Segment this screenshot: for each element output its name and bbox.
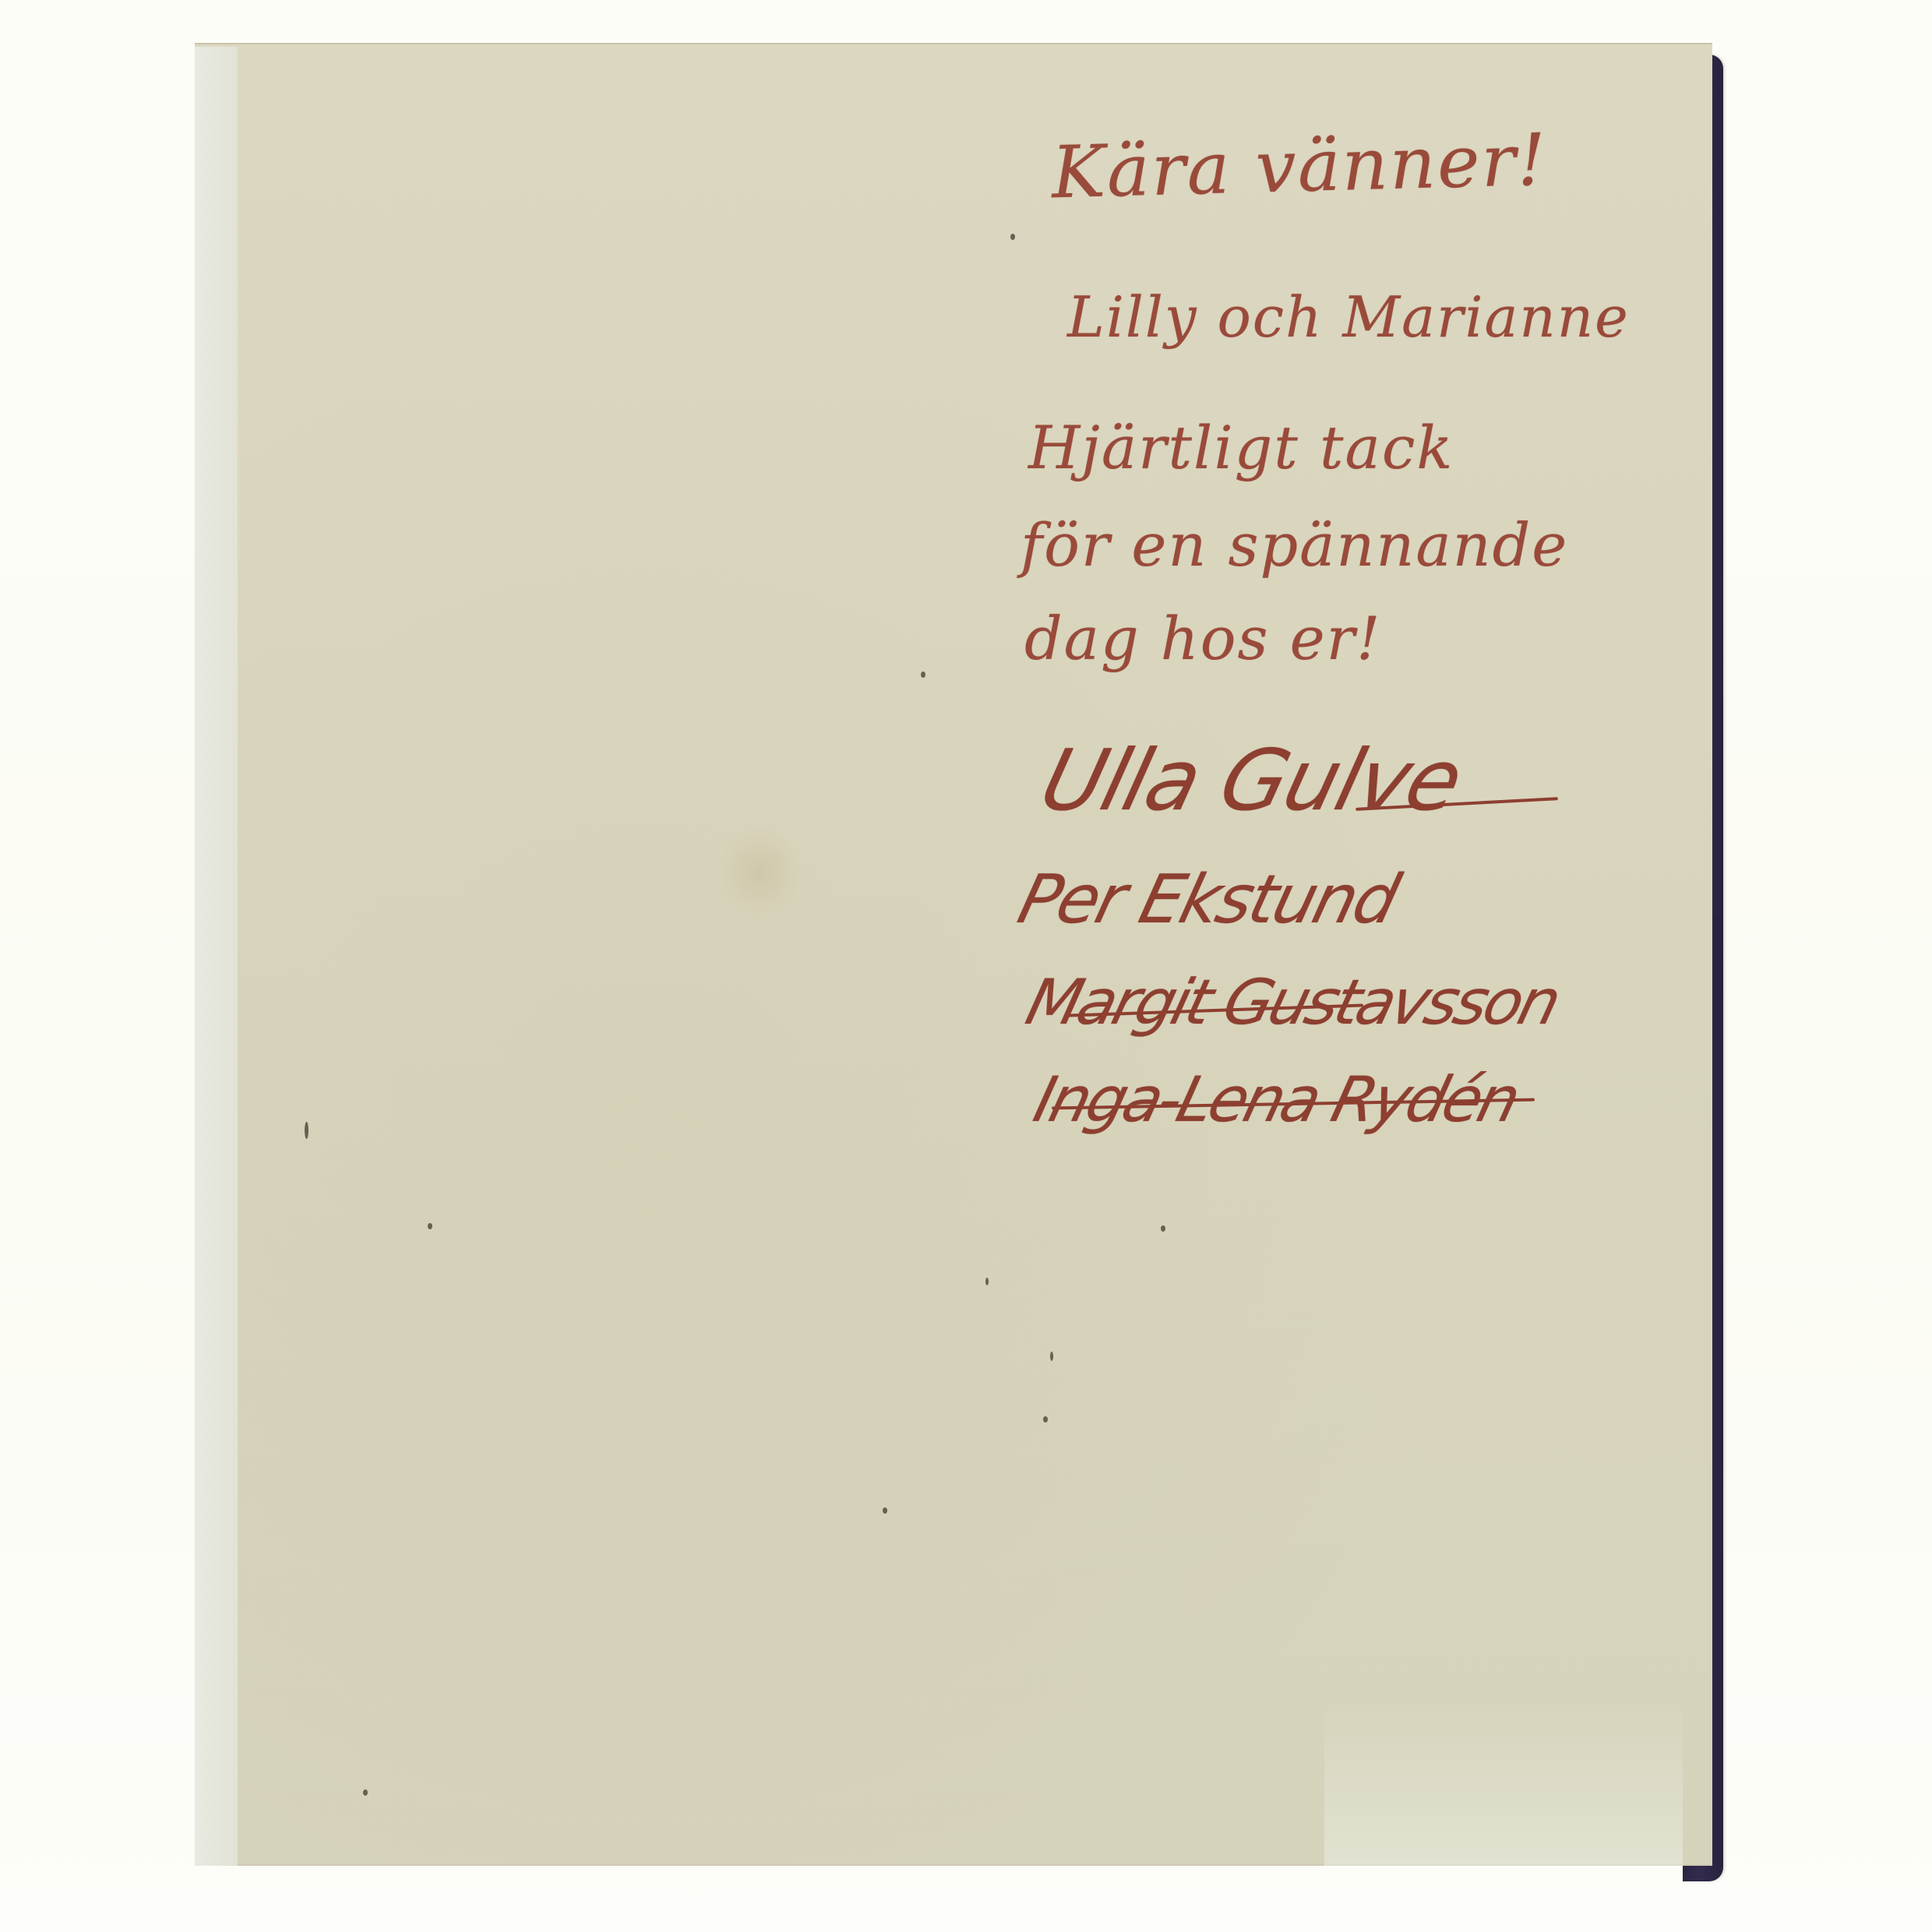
message-line: för en spännande bbox=[1021, 510, 1568, 580]
greeting-text: Kära vänner! bbox=[1051, 118, 1549, 215]
speck bbox=[1043, 1416, 1048, 1423]
speck bbox=[883, 1507, 887, 1514]
speck bbox=[985, 1278, 989, 1285]
signature: Ulla Gulve bbox=[1031, 732, 1470, 830]
message-line: Hjärtligt tack bbox=[1028, 413, 1454, 482]
recipients-text: Lilly och Marianne bbox=[1067, 284, 1630, 350]
speck bbox=[921, 672, 925, 678]
signature: Per Ekstund bbox=[1011, 861, 1405, 939]
speck bbox=[1050, 1352, 1053, 1361]
photo-scene: Kära vänner! Lilly och Marianne Hjärtlig… bbox=[0, 0, 1932, 1932]
speck bbox=[428, 1223, 432, 1229]
cover-smudge bbox=[717, 826, 802, 919]
speck bbox=[363, 1789, 368, 1796]
cover-left-edge bbox=[195, 47, 238, 1866]
speck bbox=[1161, 1225, 1165, 1232]
speck bbox=[305, 1122, 308, 1139]
cover-glare bbox=[1324, 1698, 1683, 1866]
message-line: dag hos er! bbox=[1024, 604, 1381, 673]
speck bbox=[1010, 234, 1015, 240]
signature: Margit Gustavsson bbox=[1019, 966, 1565, 1038]
